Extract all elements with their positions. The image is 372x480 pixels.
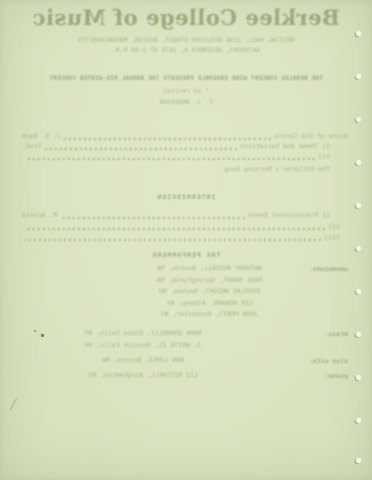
performer: ANTHONY RUSSELL, Boston, MA (127, 263, 292, 275)
program-row: ii) (22, 223, 348, 231)
performer-names: ANTHONY RUSSELL, Boston, MA PAUL SMART, … (127, 263, 292, 321)
performer: J. WHITE II, Hoosick Falls, NY (64, 340, 222, 352)
performers-heading: THE PERFORMERS (0, 251, 372, 260)
piece-title: iii) (324, 234, 340, 242)
performer: LIZ MITCHELL, Binghamton, NY (64, 370, 222, 382)
dot-leader (25, 224, 325, 231)
program-row: i) Processional Dance M. Arnold (22, 212, 348, 220)
group-label-also-with: also with: (309, 357, 348, 366)
punch-hole (356, 117, 361, 122)
conductor-line: T. J. ANDERSON (0, 98, 372, 107)
venue-line: RECITAL HALL, 1140 BOYLSTON STREET, BOST… (0, 36, 372, 45)
dot-leader (45, 144, 238, 151)
piece-title: ii) (328, 223, 340, 231)
intermission-heading: INTERMISSION (0, 193, 372, 202)
punch-hole (356, 246, 361, 251)
punch-hole (356, 160, 361, 165)
performer: PAUL SMART, Springfield, MA (127, 275, 292, 287)
performer: MARK DONNELLY, Glens Falls, NY (64, 328, 222, 340)
performer: DOUGLAS WRIGHT, Nashua, NH (127, 286, 292, 298)
ink-speck (41, 334, 44, 337)
bleedthrough-layer: Berklee College of Music RECITAL HALL, 1… (0, 0, 372, 480)
program-row: i) Theme and Variations Trad. (22, 143, 348, 151)
dot-leader (64, 134, 271, 141)
performer-names: ANN LOPEZ, Boston, MA (64, 355, 222, 367)
piece-title: i) Theme and Variations (240, 143, 330, 151)
performer-names: MARK DONNELLY, Glens Falls, NY J. WHITE … (64, 328, 222, 351)
punch-hole (356, 74, 361, 79)
concert-title-line: THE BERKLEE CONCERT WIND ENSEMBLE PRESEN… (0, 74, 372, 83)
date-line: SATURDAY, DECEMBER 6, 1975 AT 2:00 P.M. (0, 46, 372, 55)
punch-hole (356, 289, 361, 294)
punch-hole (356, 375, 361, 380)
scanned-program-page: Berklee College of Music RECITAL HALL, 1… (0, 0, 372, 480)
performer: JOHN PRATT, Rochester, NY (127, 309, 292, 321)
program-continuation-line: The Children's Morning Song (225, 166, 330, 174)
composer: Trad. (22, 143, 42, 151)
dot-leader (25, 235, 321, 242)
performer-names: LIZ MITCHELL, Binghamton, NY (64, 370, 222, 382)
dot-leader (60, 213, 245, 220)
group-label-piano: piano: (325, 372, 348, 381)
composer: J. S. Bach (22, 133, 61, 141)
composer: M. Arnold (22, 212, 57, 220)
program-row: ii) (22, 153, 348, 161)
note-line: * in recital (0, 87, 372, 96)
punch-hole (356, 458, 361, 463)
performer: LEE HOWARD, Albany, NY (127, 298, 292, 310)
program-row: iii) (22, 234, 348, 242)
punch-hole (356, 203, 361, 208)
performer: ANN LOPEZ, Boston, MA (64, 355, 222, 367)
ink-speck (34, 330, 36, 332)
punch-hole (356, 31, 361, 36)
punch-hole (356, 418, 361, 423)
punch-hole (356, 332, 361, 337)
dot-leader (25, 154, 315, 161)
group-label-woodwinds: woodwinds: (309, 265, 348, 274)
group-label-brass: brass: (325, 330, 348, 339)
piece-title: ii) (318, 153, 330, 161)
piece-title: Suite of Old Carols (274, 133, 348, 141)
piece-title: i) Processional Dance (248, 212, 330, 220)
program-row: Suite of Old Carols J. S. Bach (22, 133, 348, 141)
masthead-title: Berklee College of Music (0, 6, 372, 30)
